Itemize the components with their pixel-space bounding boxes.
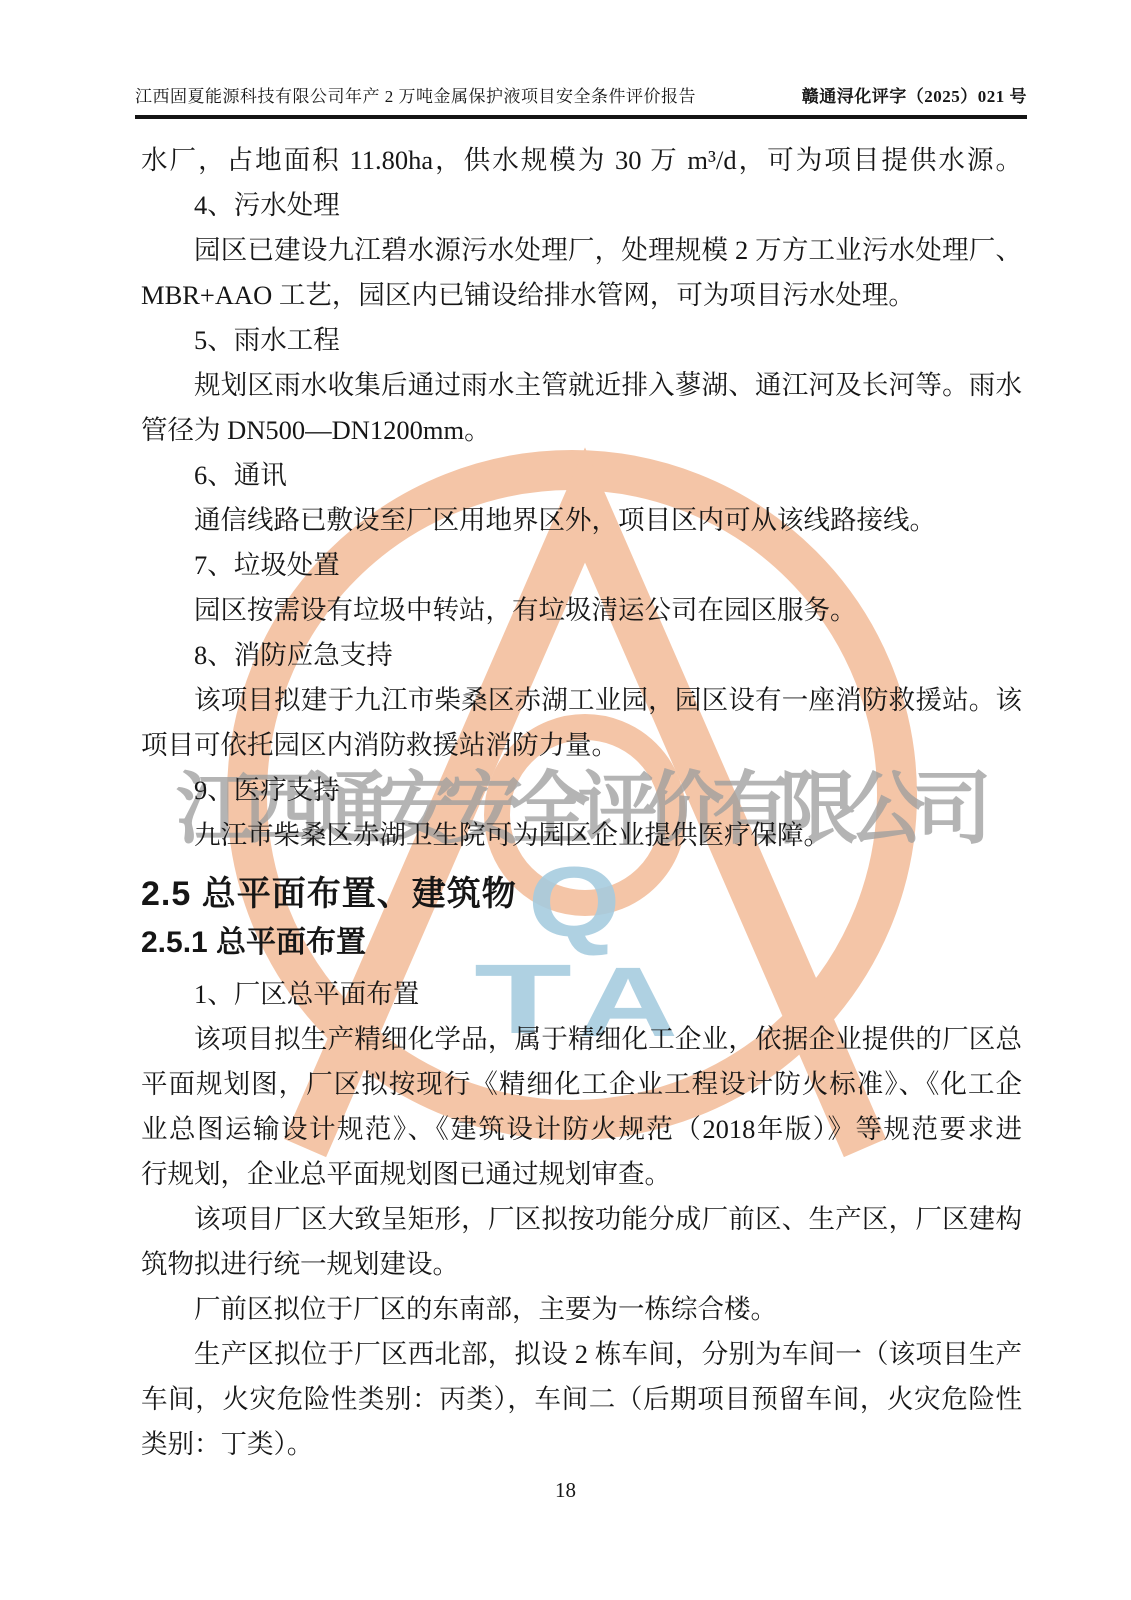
text-line: 类别：丁类）。 [141,1422,1022,1467]
text-line: 通信线路已敷设至厂区用地界区外，项目区内可从该线路接线。 [141,498,1022,543]
text-line: 6、通讯 [141,453,1022,498]
text-line: 园区已建设九江碧水源污水处理厂，处理规模 2 万方工业污水处理厂、 [141,228,1022,273]
section-heading: 2.5 总平面布置、建筑物 [141,868,1022,920]
text-line: 规划区雨水收集后通过雨水主管就近排入蓼湖、通江河及长河等。雨水 [141,363,1022,408]
text-line: MBR+AAO 工艺，园区内已铺设给排水管网，可为项目污水处理。 [141,273,1022,318]
subsection-heading: 2.5.1 总平面布置 [141,920,1022,966]
text-line: 车间，火灾危险性类别：丙类），车间二（后期项目预留车间，火灾危险性 [141,1377,1022,1422]
header-document-number: 赣通浔化评字（2025）021 号 [802,86,1027,108]
text-line: 水厂，占地面积 11.80ha，供水规模为 30 万 m³/d，可为项目提供水源… [141,138,1022,183]
page-number: 18 [555,1478,576,1502]
text-line: 九江市柴桑区赤湖卫生院可为园区企业提供医疗保障。 [141,813,1022,858]
text-line: 管径为 DN500—DN1200mm。 [141,408,1022,453]
text-line: 业总图运输设计规范》、《建筑设计防火规范（2018年版）》等规范要求进 [141,1107,1022,1152]
text-line: 生产区拟位于厂区西北部，拟设 2 栋车间，分别为车间一（该项目生产 [141,1332,1022,1377]
text-line: 该项目拟生产精细化学品，属于精细化工企业，依据企业提供的厂区总 [141,1017,1022,1062]
page-header: 江西固夏能源科技有限公司年产 2 万吨金属保护液项目安全条件评价报告 赣通浔化评… [135,86,1027,119]
text-line: 园区按需设有垃圾中转站，有垃圾清运公司在园区服务。 [141,588,1022,633]
text-line: 筑物拟进行统一规划建设。 [141,1242,1022,1287]
text-line: 5、雨水工程 [141,318,1022,363]
page-footer: 18 [0,1478,1131,1503]
text-line: 9、医疗支持 [141,768,1022,813]
text-line: 厂前区拟位于厂区的东南部，主要为一栋综合楼。 [141,1287,1022,1332]
header-report-title: 江西固夏能源科技有限公司年产 2 万吨金属保护液项目安全条件评价报告 [135,86,696,108]
text-line: 该项目厂区大致呈矩形，厂区拟按功能分成厂前区、生产区，厂区建构 [141,1197,1022,1242]
text-line: 项目可依托园区内消防救援站消防力量。 [141,723,1022,768]
text-line: 8、消防应急支持 [141,633,1022,678]
text-line: 该项目拟建于九江市柴桑区赤湖工业园，园区设有一座消防救援站。该 [141,678,1022,723]
text-line: 4、污水处理 [141,183,1022,228]
text-line: 平面规划图，厂区拟按现行《精细化工企业工程设计防火标准》、《化工企 [141,1062,1022,1107]
text-line: 1、厂区总平面布置 [141,972,1022,1017]
text-line: 7、垃圾处置 [141,543,1022,588]
report-page: Q T A 江西通安安全评价有限公司 江西固夏能源科技有限公司年产 2 万吨金属… [0,0,1131,1600]
text-line: 行规划，企业总平面规划图已通过规划审查。 [141,1152,1022,1197]
document-body: 水厂，占地面积 11.80ha，供水规模为 30 万 m³/d，可为项目提供水源… [141,138,1022,1467]
